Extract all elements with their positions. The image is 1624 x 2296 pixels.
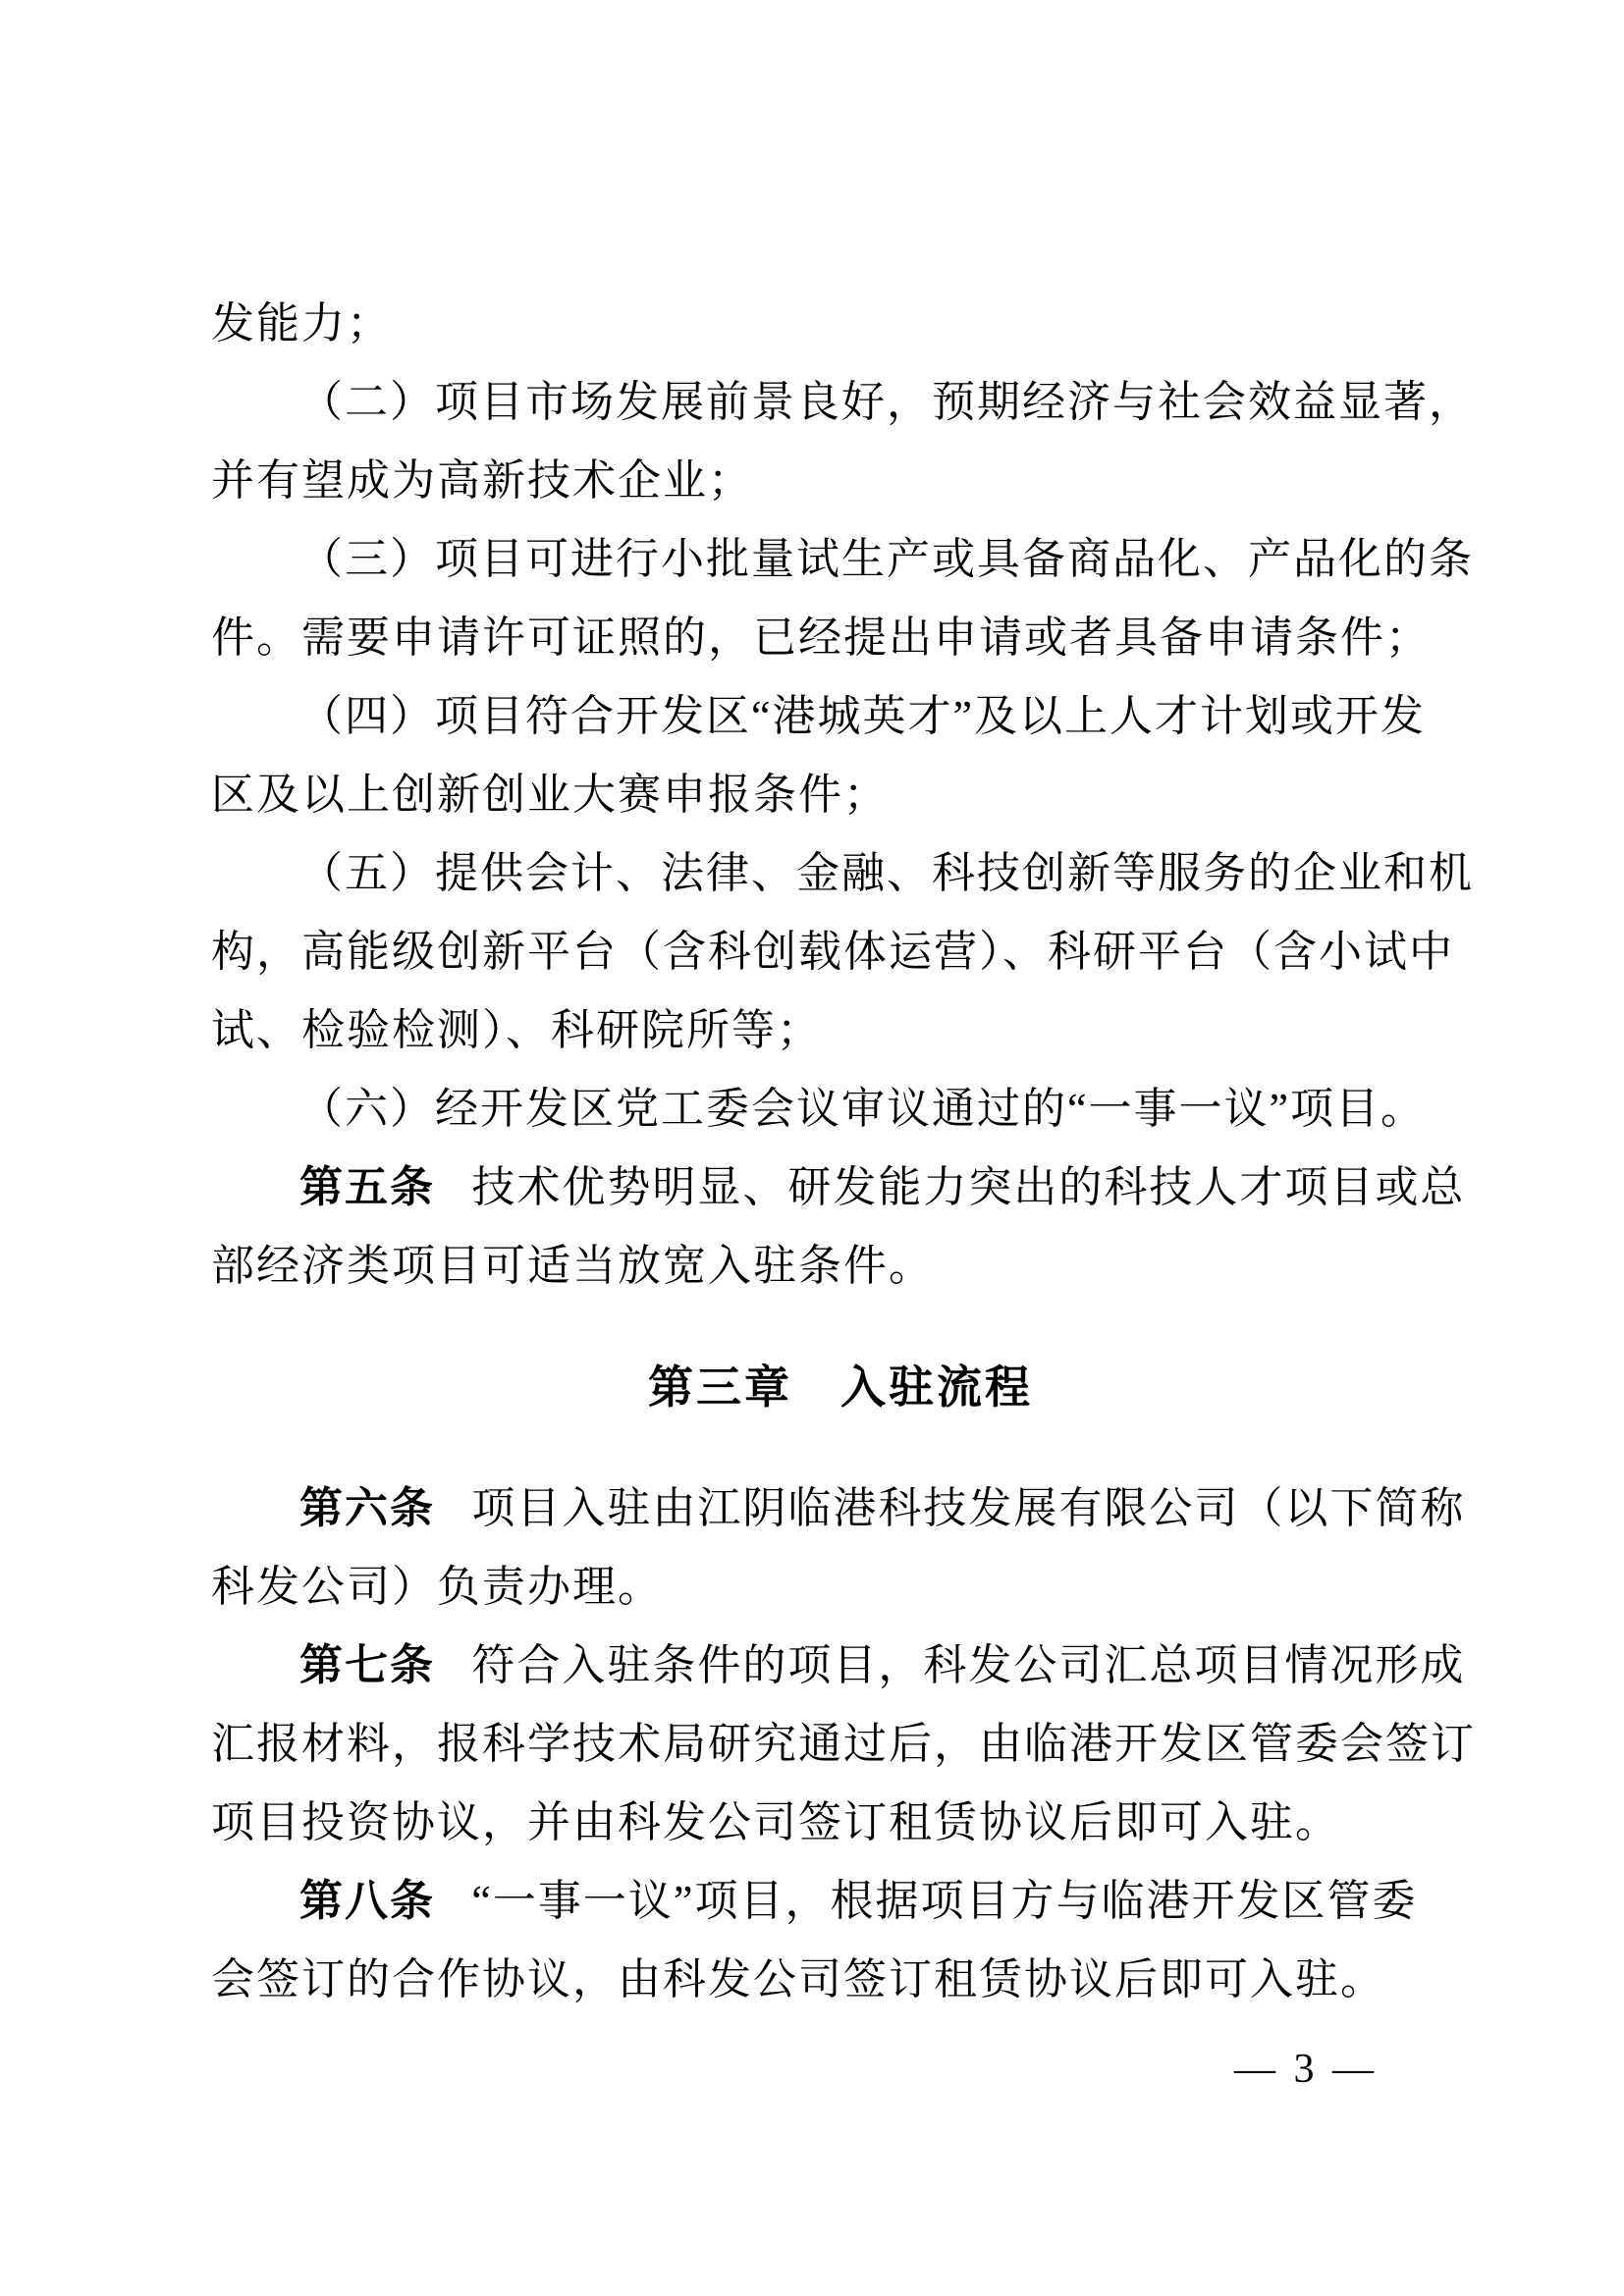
document-line: 第六条项目入驻由江阴临港科技发展有限公司（以下简称	[211, 1469, 1470, 1548]
document-line: 试、检验检测）、科研院所等；	[211, 991, 1470, 1070]
document-line: 发能力；	[211, 285, 1470, 363]
document-line: （四）项目符合开发区“港城英才”及以上人才计划或开发	[211, 677, 1470, 756]
line-text: 项目入驻由江阴临港科技发展有限公司（以下简称	[471, 1484, 1465, 1532]
document-line: （六）经开发区党工委会议审议通过的“一事一议”项目。	[211, 1070, 1470, 1148]
line-text: 技术优势明显、研发能力突出的科技人才项目或总	[471, 1163, 1465, 1211]
document-page: 发能力； （二）项目市场发展前景良好，预期经济与社会效益显著， 并有望成为高新技…	[0, 0, 1624, 2296]
document-line: 件。需要申请许可证照的，已经提出申请或者具备申请条件；	[211, 599, 1470, 677]
line-text: “一事一议”项目，根据项目方与临港开发区管委	[471, 1877, 1417, 1925]
document-line: （二）项目市场发展前景良好，预期经济与社会效益显著，	[211, 363, 1470, 442]
document-line: 部经济类项目可适当放宽入驻条件。	[211, 1227, 1470, 1306]
document-line: 并有望成为高新技术企业；	[211, 442, 1470, 520]
document-line: 会签订的合作协议，由科发公司签订租赁协议后即可入驻。	[211, 1941, 1470, 2019]
document-line: （三）项目可进行小批量试生产或具备商品化、产品化的条	[211, 520, 1470, 599]
document-line: 第八条“一事一议”项目，根据项目方与临港开发区管委	[211, 1862, 1470, 1941]
document-line: 构，高能级创新平台（含科创载体运营）、科研平台（含小试中	[211, 913, 1470, 991]
line-text: 符合入驻条件的项目，科发公司汇总项目情况形成	[471, 1641, 1465, 1689]
chapter-heading: 第三章 入驻流程	[211, 1348, 1470, 1426]
article-number: 第六条	[299, 1484, 435, 1532]
article-number: 第七条	[299, 1641, 435, 1689]
document-line: 项目投资协议，并由科发公司签订租赁协议后即可入驻。	[211, 1784, 1470, 1862]
document-line: （五）提供会计、法律、金融、科技创新等服务的企业和机	[211, 834, 1470, 913]
document-line: 科发公司）负责办理。	[211, 1548, 1470, 1627]
article-number: 第八条	[299, 1877, 435, 1925]
document-line: 区及以上创新创业大赛申报条件；	[211, 756, 1470, 834]
document-line: 第七条符合入驻条件的项目，科发公司汇总项目情况形成	[211, 1627, 1470, 1705]
document-body: 发能力； （二）项目市场发展前景良好，预期经济与社会效益显著， 并有望成为高新技…	[0, 0, 1624, 2109]
page-number: — 3 —	[211, 2030, 1470, 2109]
document-line: 汇报材料，报科学技术局研究通过后，由临港开发区管委会签订	[211, 1705, 1470, 1784]
document-line: 第五条技术优势明显、研发能力突出的科技人才项目或总	[211, 1148, 1470, 1227]
article-number: 第五条	[299, 1163, 435, 1211]
